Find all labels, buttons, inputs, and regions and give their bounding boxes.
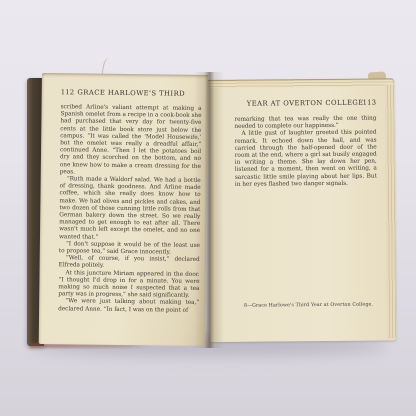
right-page-header: YEAR AT OVERTON COLLEGE 113	[234, 99, 376, 109]
body-paragraph: remarking that tea was really the one th…	[234, 116, 376, 132]
body-paragraph: “Ruth made a Waldorf salad. We had a bot…	[59, 176, 201, 243]
body-paragraph: “We were just talking about making tea,”…	[58, 299, 199, 315]
right-running-title: YEAR AT OVERTON COLLEGE	[234, 99, 376, 108]
body-paragraph: At this juncture Miriam appeared in the …	[58, 270, 199, 301]
printer-signature-line: 8—Grace Harlowe's Third Year at Overton …	[244, 303, 373, 309]
right-page-body: remarking that tea was really the one th…	[234, 116, 377, 189]
page-stack-top-edges	[208, 78, 394, 88]
photo-canvas: { "book": { "left_page": { "page_number"…	[0, 0, 416, 416]
body-paragraph: scribed Arline's valiant attempt at maki…	[60, 104, 202, 178]
body-paragraph: “Well, of course, if you insist,” declar…	[59, 255, 200, 271]
left-page: 112 GRACE HARLOWE'S THIRD scribed Arline…	[39, 73, 208, 346]
left-page-header: 112 GRACE HARLOWE'S THIRD	[61, 88, 202, 99]
right-page-number: 113	[363, 99, 377, 107]
left-running-title: GRACE HARLOWE'S THIRD	[61, 88, 202, 98]
right-page: YEAR AT OVERTON COLLEGE 113 remarking th…	[208, 78, 396, 342]
left-page-number: 112	[61, 88, 75, 96]
left-page-body: scribed Arline's valiant attempt at maki…	[58, 104, 202, 315]
body-paragraph: A little gust of laughter greeted this p…	[234, 130, 376, 189]
